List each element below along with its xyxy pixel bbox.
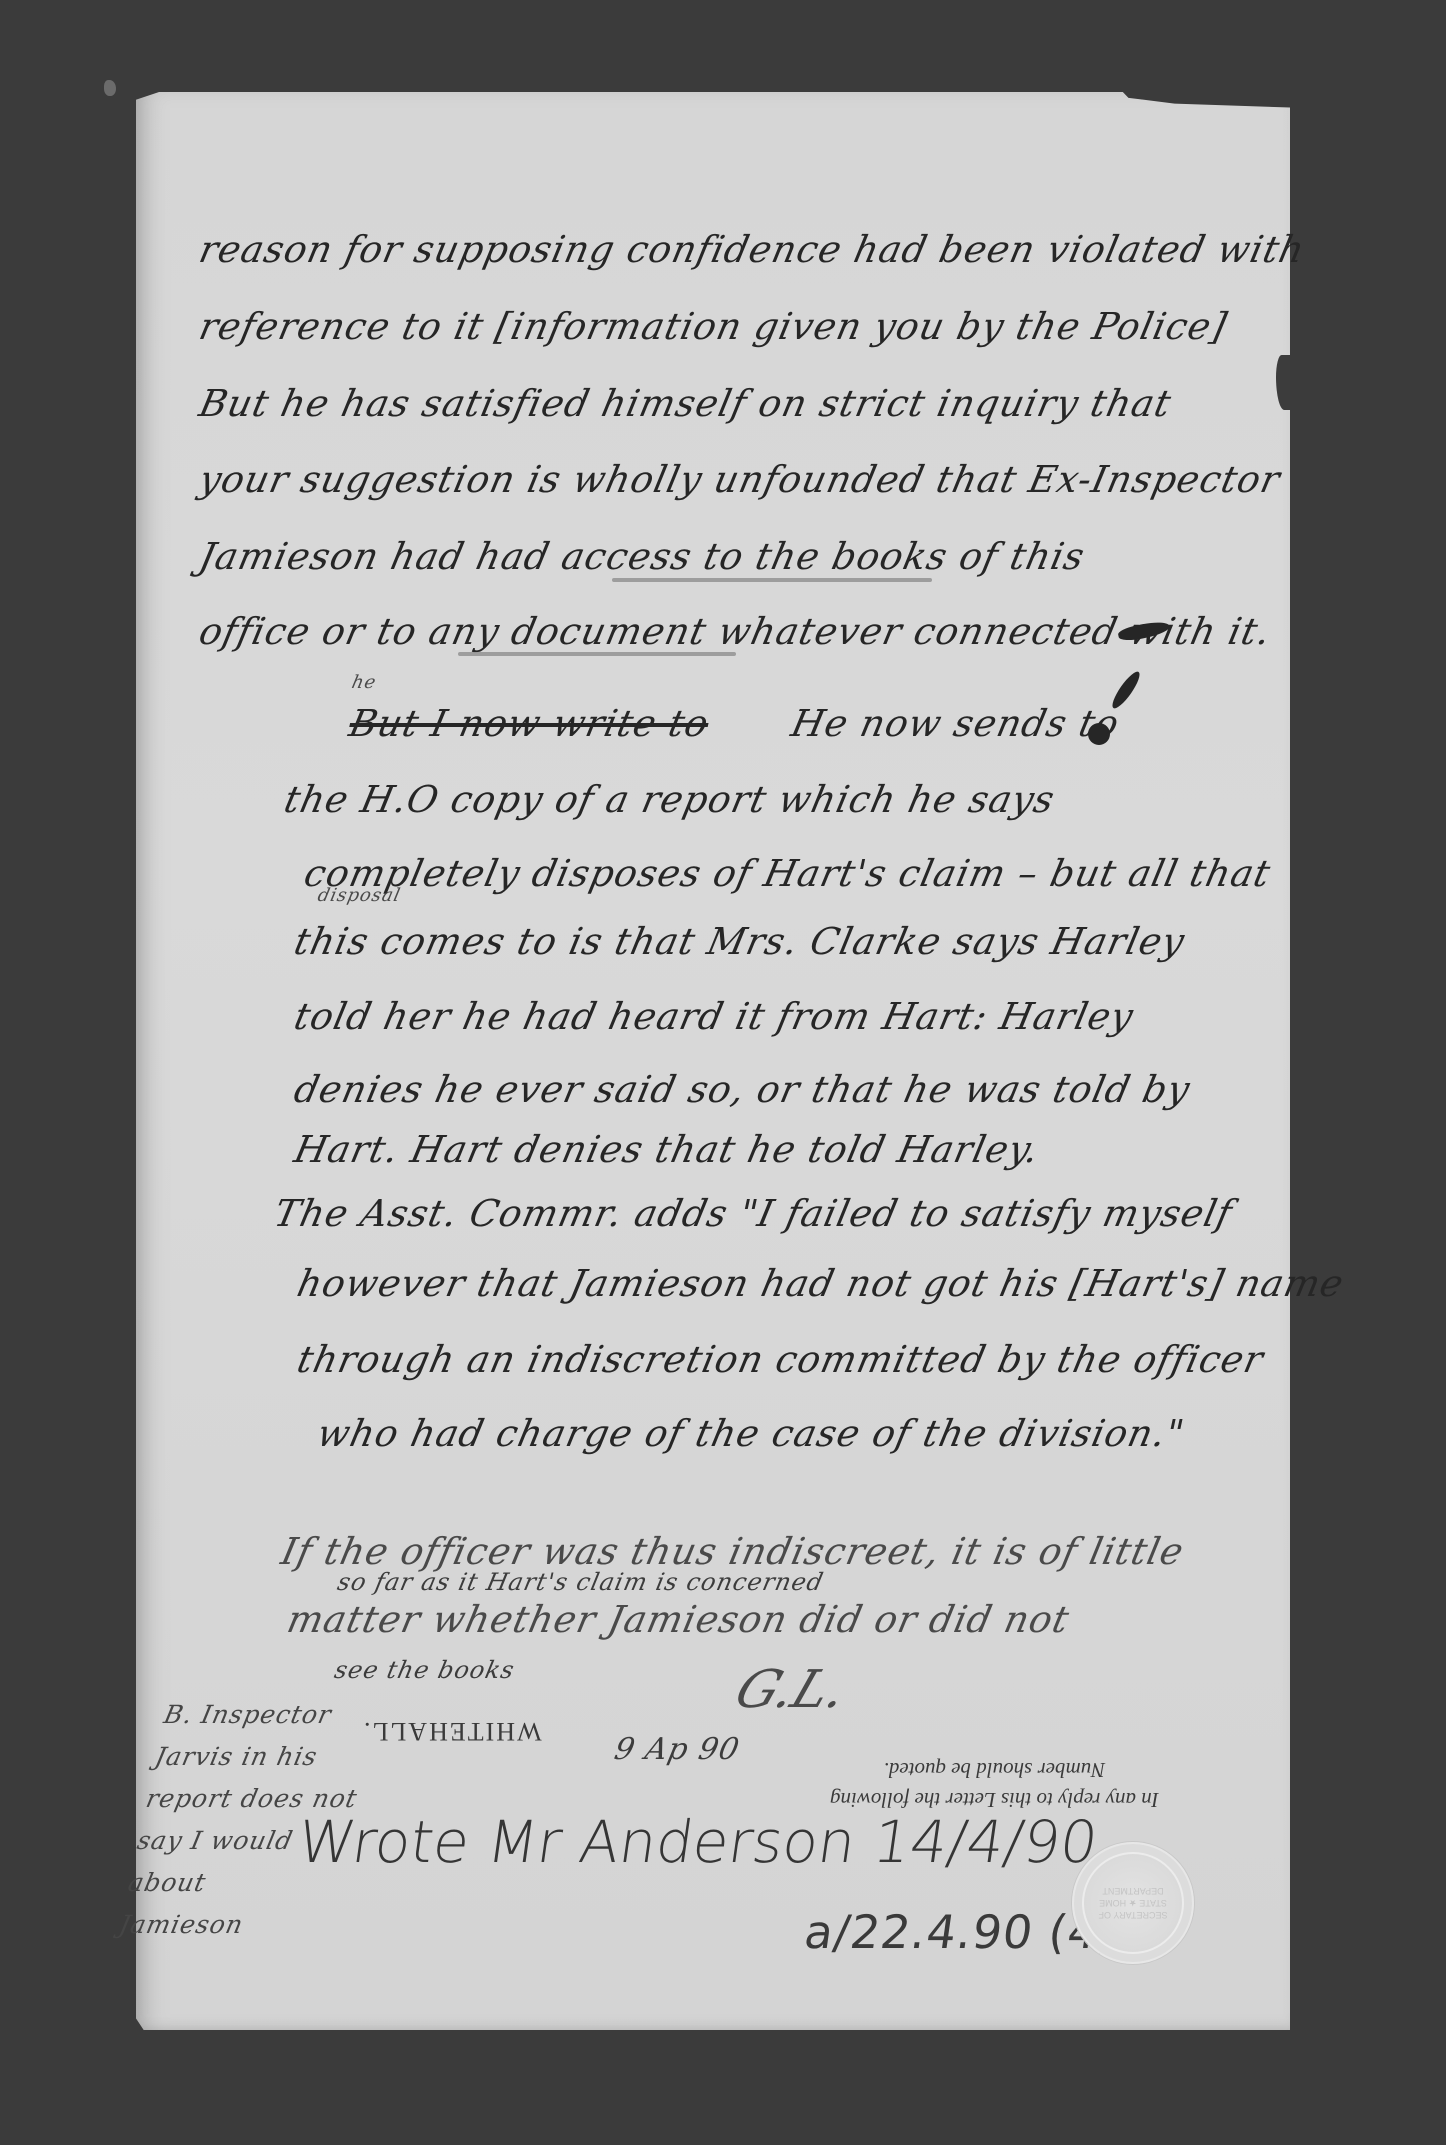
seal-text: SECRETARY OF STATE ★ HOME DEPARTMENT <box>1074 1844 1192 1962</box>
dust-speck <box>104 80 116 96</box>
para3-line-4: who had charge of the case of the divisi… <box>313 1412 1188 1455</box>
interlinear-disposal: disposal <box>316 885 403 906</box>
wrote-note: Wrote Mr Anderson 14/4/90. <box>293 1808 1120 1876</box>
date-note: 9 Ap 90 <box>611 1732 743 1767</box>
body-line-6: office or to any document whatever conne… <box>195 610 1275 653</box>
interlinear-insert: so far as it Hart's claim is concerned <box>335 1568 826 1596</box>
body-line-1: reason for supposing confidence had been… <box>195 228 1308 271</box>
printed-reply-line-2: Number should be quoted. <box>830 1755 1159 1785</box>
underline-access-books <box>612 578 932 582</box>
body-line-3: But he has satisfied himself on strict i… <box>195 382 1175 425</box>
insertion-he: he <box>350 672 379 693</box>
para2-line-4: told her he had heard it from Hart: Harl… <box>290 995 1137 1038</box>
embossed-seal: SECRETARY OF STATE ★ HOME DEPARTMENT <box>1072 1842 1194 1964</box>
para4-line-1: If the officer was thus indiscreet, it i… <box>277 1530 1188 1573</box>
body-line-5: Jamieson had had access to the books of … <box>195 535 1088 578</box>
printed-whitehall: WHITEHALL. <box>362 1716 542 1746</box>
body-line-4: your suggestion is wholly unfounded that… <box>195 458 1284 501</box>
para3-line-1: The Asst. Commr. adds "I failed to satis… <box>270 1192 1236 1235</box>
continuation-line: He now sends to <box>787 702 1123 745</box>
para2-line-3: this comes to is that Mrs. Clarke says H… <box>290 920 1188 963</box>
para4-line-3: see the books <box>332 1656 517 1684</box>
body-line-2: reference to it [information given you b… <box>195 305 1231 348</box>
printed-reply-instruction: In any reply to this Letter the followin… <box>830 1755 1159 1815</box>
para3-line-3: through an indiscretion committed by the… <box>293 1338 1267 1381</box>
para2-line-6: Hart. Hart denies that he told Harley. <box>290 1128 1043 1171</box>
para4-line-2: matter whether Jamieson did or did not <box>283 1598 1073 1641</box>
underline-document <box>458 652 736 656</box>
para2-line-2: completely disposes of Hart's claim – bu… <box>300 852 1274 895</box>
para3-line-2: however that Jamieson had not got his [H… <box>293 1262 1348 1305</box>
para2-line-5: denies he ever said so, or that he was t… <box>290 1068 1194 1111</box>
signature-initials: G.L. <box>727 1660 856 1720</box>
struck-phrase: But I now write to <box>345 702 713 745</box>
edge-stain <box>1276 355 1290 410</box>
para2-line-1: the H.O copy of a report which he says <box>280 778 1058 821</box>
